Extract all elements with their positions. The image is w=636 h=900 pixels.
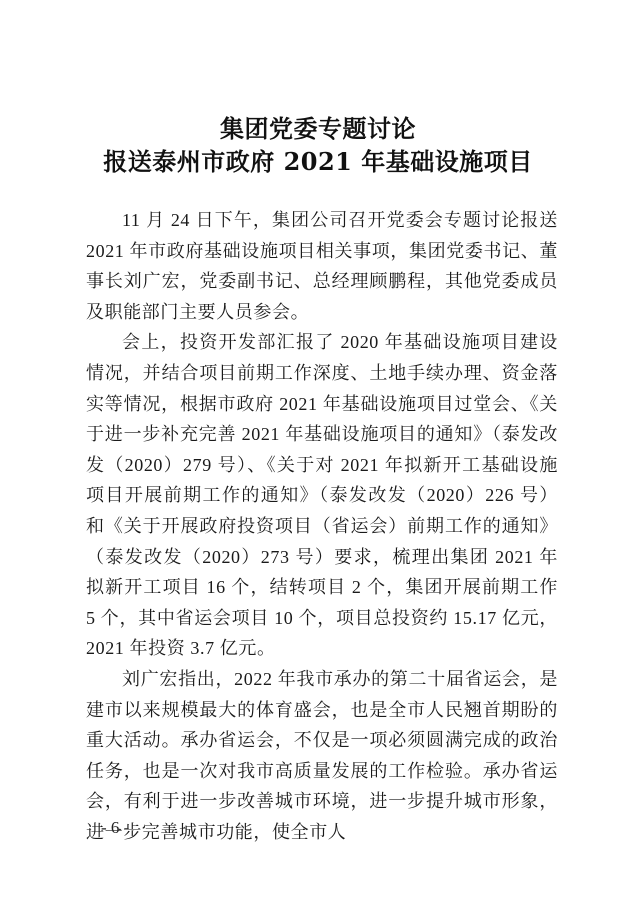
paragraph-meeting-intro: 11 月 24 日下午，集团公司召开党委会专题讨论报送 2021 年市政府基础设… [86, 205, 558, 327]
title-line-2: 报送泰州市政府 2021 年基础设施项目 [0, 145, 636, 178]
document-page: 集团党委专题讨论 报送泰州市政府 2021 年基础设施项目 11 月 24 日下… [0, 0, 636, 900]
document-body: 11 月 24 日下午，集团公司召开党委会专题讨论报送 2021 年市政府基础设… [86, 205, 558, 847]
page-number: - 6 - [101, 818, 129, 838]
paragraph-provincial-games: 刘广宏指出，2022 年我市承办的第二十届省运会，是建市以来规模最大的体育盛会，… [86, 664, 558, 848]
document-title: 集团党委专题讨论 报送泰州市政府 2021 年基础设施项目 [0, 112, 636, 178]
title-line-1: 集团党委专题讨论 [0, 112, 636, 145]
paragraph-investment-report: 会上，投资开发部汇报了 2020 年基础设施项目建设情况，并结合项目前期工作深度… [86, 327, 558, 664]
